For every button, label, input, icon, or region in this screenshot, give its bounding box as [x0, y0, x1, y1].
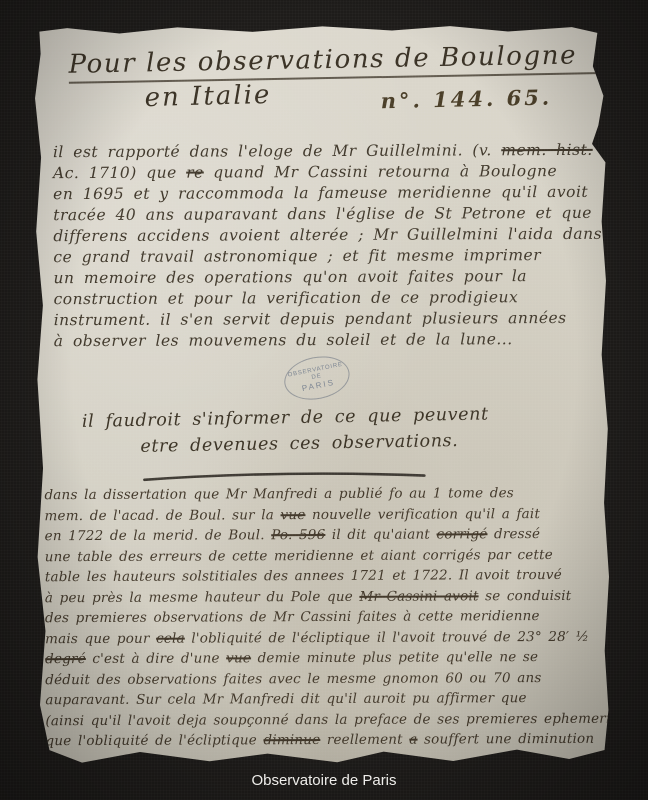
manuscript-page: Pour les observations de Boulogne en Ita…	[32, 22, 615, 765]
observatory-oval-stamp: OBSERVATOIRE DE PARIS	[280, 351, 353, 405]
photo-caption: Observatoire de Paris	[0, 772, 648, 789]
manuscript-line: Ac. 1710) que re quand Mr Cassini retour…	[53, 161, 601, 184]
manuscript-paragraph-1: il est rapporté dans l'eloge de Mr Guill…	[53, 140, 602, 352]
catalog-number: n°. 144. 65.	[380, 85, 552, 114]
manuscript-line: mem. de l'acad. de Boul. sur la vue nouv…	[44, 503, 606, 526]
hand-drawn-divider-rule	[142, 470, 428, 483]
manuscript-line: auparavant. Sur cela Mr Manfredi dit qu'…	[45, 688, 607, 711]
manuscript-title-line2: en Italie	[144, 80, 271, 113]
manuscript-line: degré c'est à dire d'une vue demie minut…	[45, 647, 607, 670]
manuscript-line: dans la dissertation que Mr Manfredi a p…	[44, 483, 606, 506]
manuscript-note: il faudroit s'informer de ce que peuvent…	[82, 401, 490, 460]
manuscript-line: déduit des observations faites avec le m…	[45, 667, 607, 690]
stamp-line3: PARIS	[301, 377, 336, 392]
manuscript-line: etre devenues ces observations.	[140, 427, 489, 459]
manuscript-line: instrument. il s'en servit depuis pendan…	[54, 308, 602, 331]
manuscript-line: que l'obliquité de l'écliptique diminue …	[45, 729, 607, 752]
manuscript-line: un memoire des operations qu'on avoit fa…	[53, 266, 601, 289]
manuscript-line: ce grand travail astronomique ; et fit m…	[53, 245, 601, 268]
manuscript-line: mais que pour cela l'obliquité de l'écli…	[45, 626, 607, 649]
manuscript-line: tracée 40 ans auparavant dans l'église d…	[53, 203, 601, 226]
manuscript-title-line1: Pour les observations de Boulogne	[68, 40, 595, 84]
manuscript-line: construction et pour la verification de …	[54, 287, 602, 310]
manuscript-paragraph-2: dans la dissertation que Mr Manfredi a p…	[44, 483, 607, 752]
manuscript-line: à peu près la mesme hauteur du Pole que …	[45, 585, 607, 608]
manuscript-line: à observer les mouvemens du soleil et de…	[54, 329, 602, 352]
manuscript-line: (ainsi qu'il l'avoit deja soupçonné dans…	[45, 708, 607, 731]
manuscript-line: en 1695 et y raccommoda la fameuse merid…	[53, 182, 601, 205]
manuscript-line: une table des erreurs de cette meridienn…	[45, 544, 607, 567]
manuscript-line: differens accidens avoient alterée ; Mr …	[53, 224, 601, 247]
manuscript-photo: Pour les observations de Boulogne en Ita…	[0, 0, 648, 800]
manuscript-line: table les hauteurs solstitiales des anne…	[45, 565, 607, 588]
manuscript-line: en 1722 de la merid. de Boul. Po. 596 il…	[45, 524, 607, 547]
manuscript-line: des premieres observations de Mr Cassini…	[45, 606, 607, 629]
manuscript-line: il est rapporté dans l'eloge de Mr Guill…	[53, 140, 601, 163]
